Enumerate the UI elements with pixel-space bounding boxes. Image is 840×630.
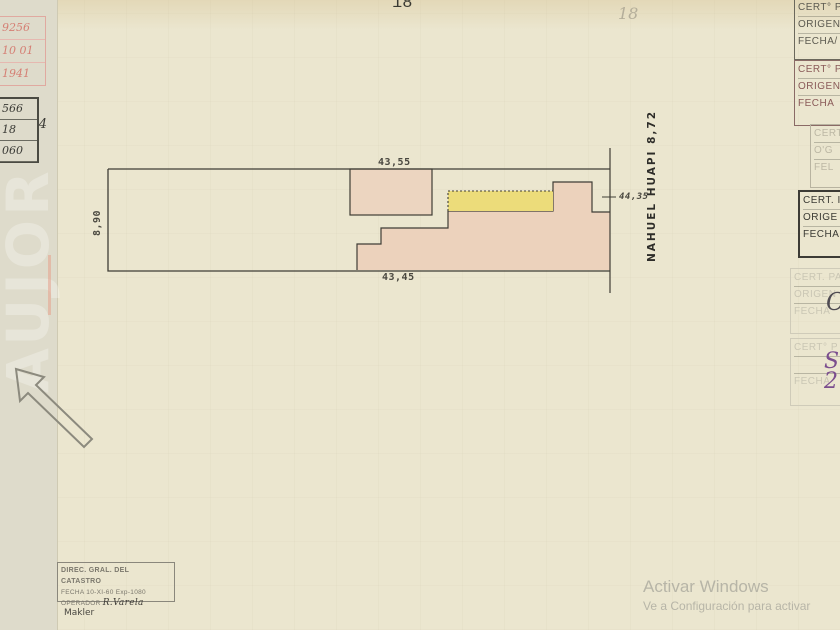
operador-value: R.Varela — [103, 598, 144, 608]
activation-title: Activar Windows — [643, 577, 810, 597]
handwritten-note: Makler — [64, 608, 94, 618]
catastro-stamp-date-row: FECHA 10-XI-60 Exp-1080 — [61, 587, 171, 598]
highlighted-area — [448, 191, 553, 211]
bottom-dimension-label: 43,45 — [382, 272, 415, 283]
fecha-label: FECHA — [61, 589, 84, 596]
catastro-stamp: DIREC. GRAL. DEL CATASTRO FECHA 10-XI-60… — [57, 562, 175, 602]
built-area-block — [350, 169, 432, 215]
top-dimension-label: 43,55 — [378, 157, 411, 168]
fecha-value: 10-XI-60 Exp-1080 — [86, 589, 146, 596]
right-dimension-label: 44,35 — [619, 192, 649, 202]
catastro-stamp-title: DIREC. GRAL. DEL CATASTRO — [61, 565, 171, 587]
left-dimension-label: 8,90 — [92, 210, 103, 236]
plot-plan-drawing — [0, 0, 840, 630]
street-name-label: NAHUEL HUAPI 8,72 — [646, 110, 658, 262]
activation-subtitle: Ve a Configuración para activar — [643, 597, 810, 615]
operador-label: OPERADOR — [61, 600, 101, 607]
windows-activation-watermark: Activar Windows Ve a Configuración para … — [643, 577, 810, 615]
